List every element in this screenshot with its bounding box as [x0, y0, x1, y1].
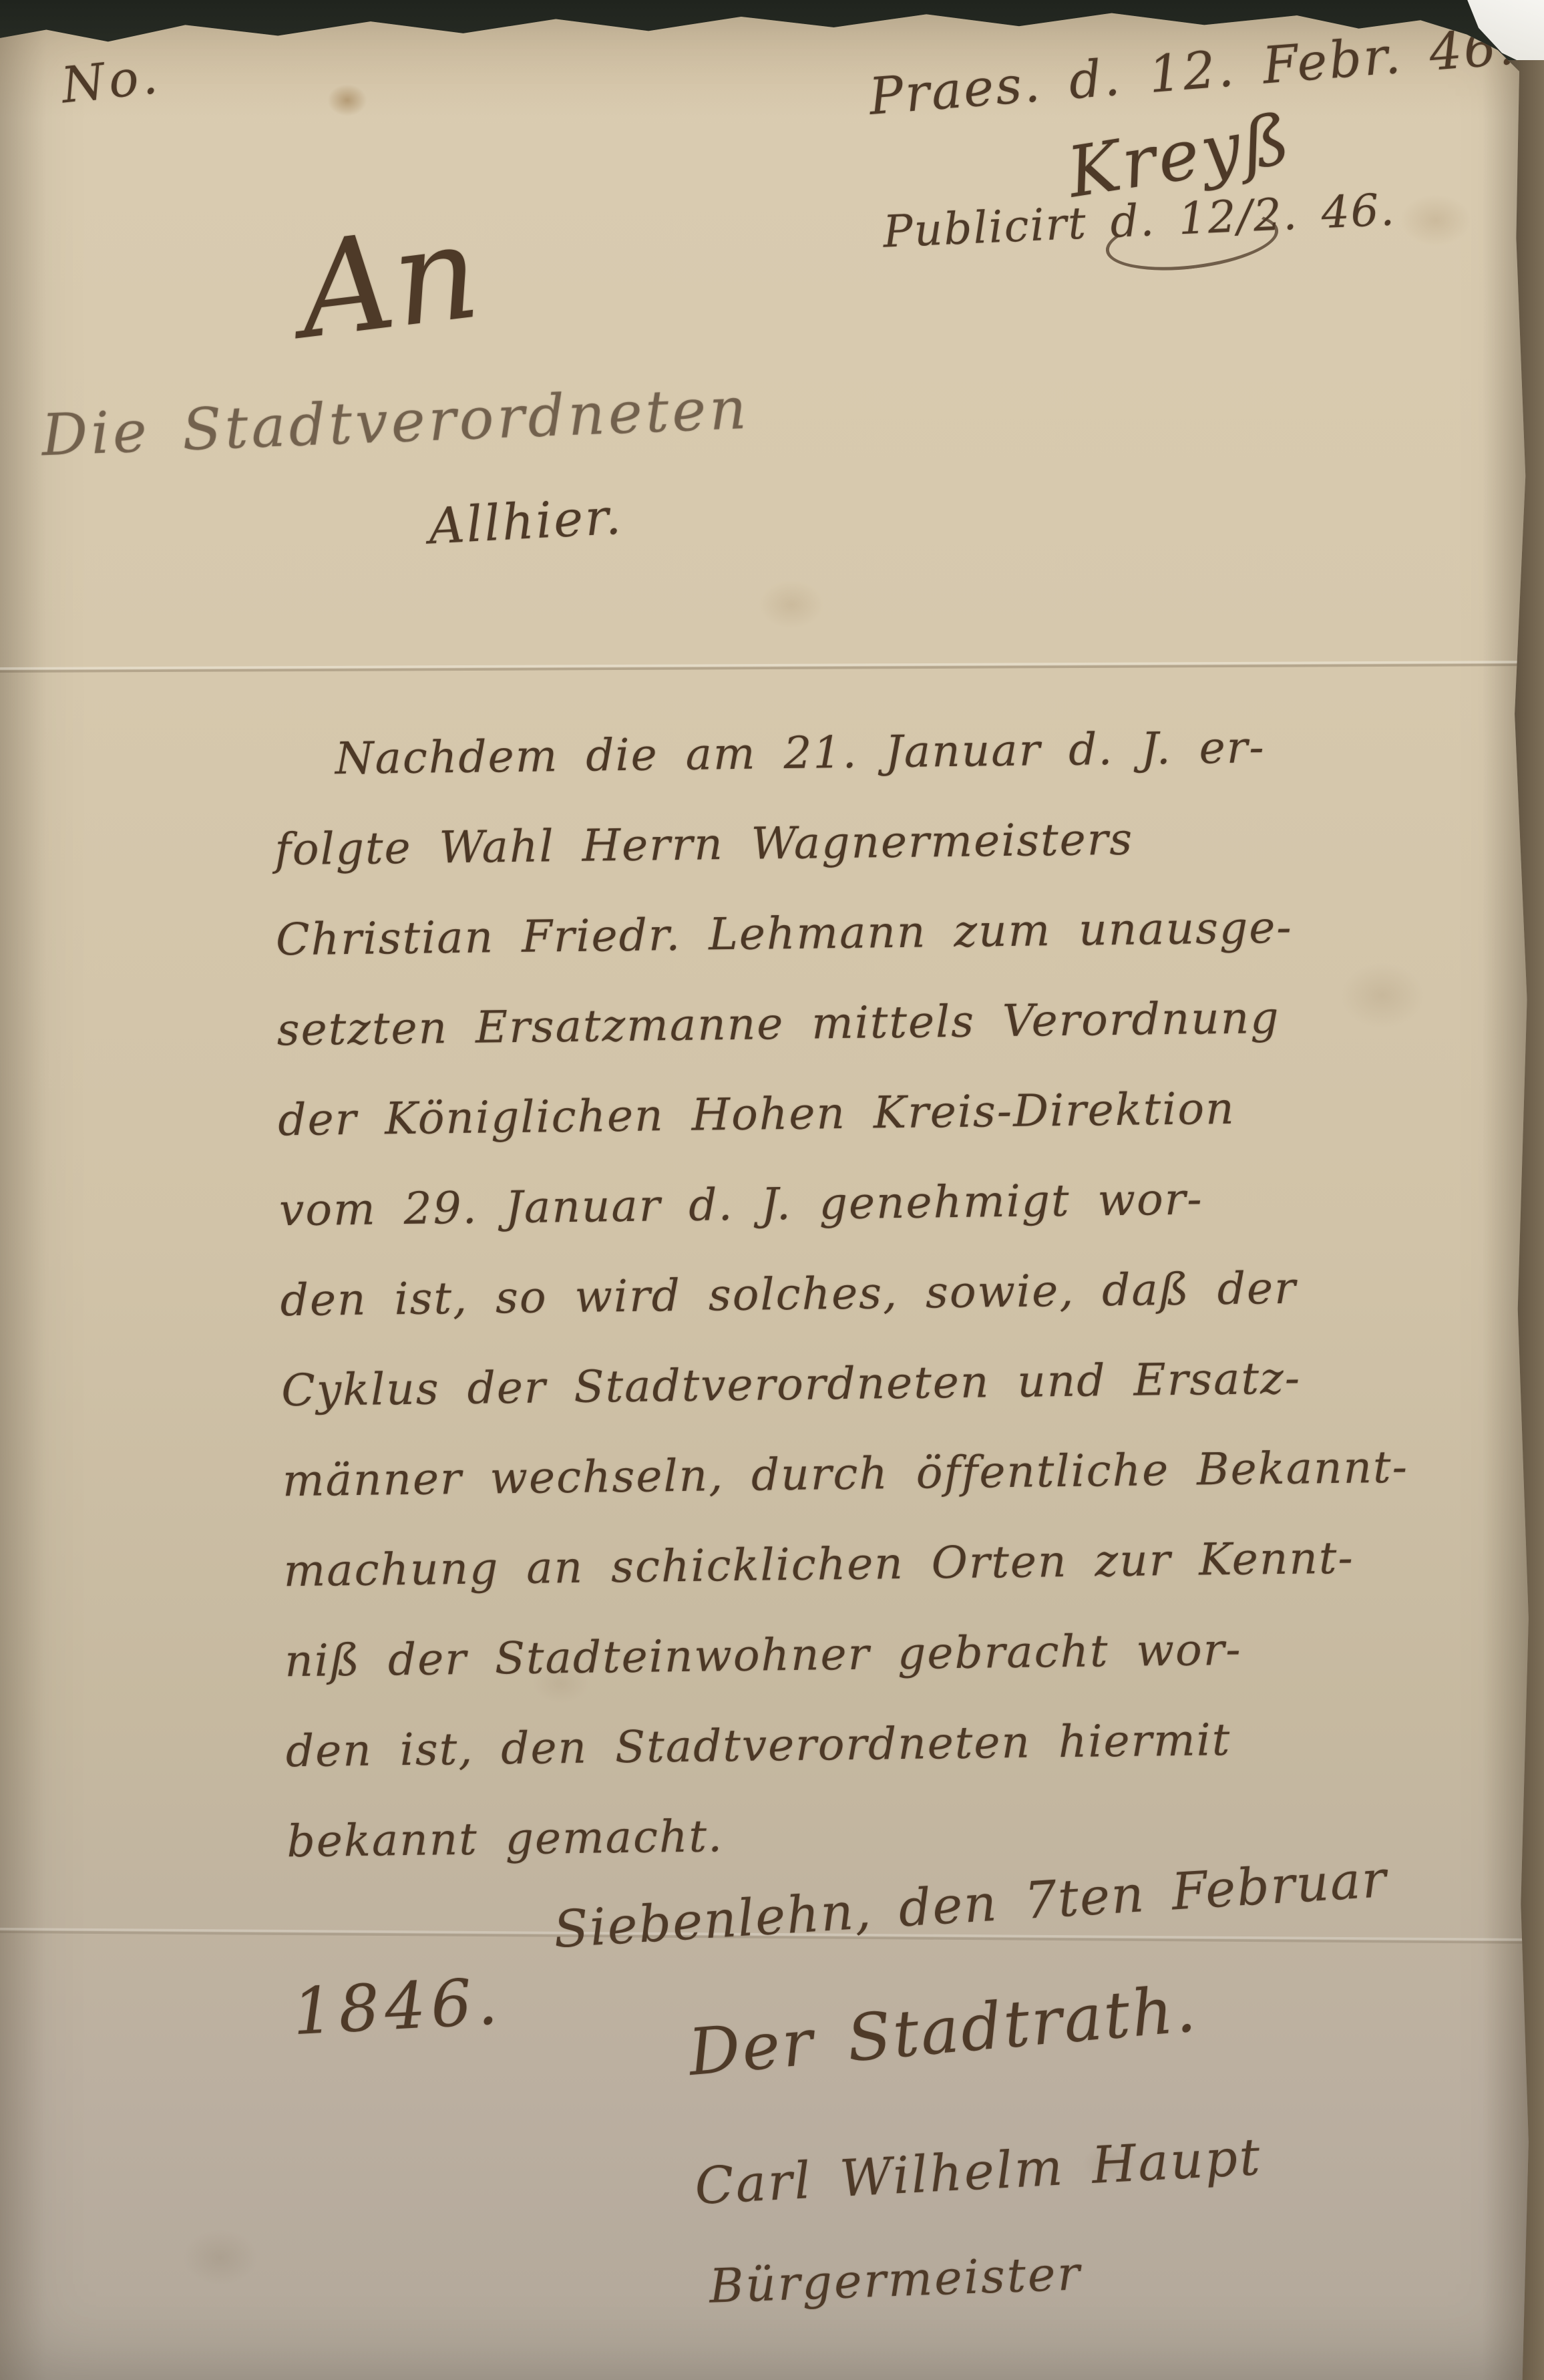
signature-title: Bürgermeister: [709, 2246, 1083, 2313]
body-line: männer wechseln, durch öffentliche Bekan…: [282, 1441, 1409, 1546]
body-line: machung an schicklichen Orten zur Kennt-: [283, 1532, 1410, 1636]
body-line: den ist, so wird solches, sowie, daß der: [280, 1261, 1406, 1365]
closing-year: 1846.: [291, 1964, 504, 2049]
body-line: Nachdem die am 21. Januar d. J. er-: [273, 720, 1400, 824]
salutation-initial: An: [291, 196, 487, 369]
letter-body: Nachdem die am 21. Januar d. J. er- folg…: [273, 720, 1413, 1906]
location-line: Allhier.: [427, 488, 624, 555]
sender-line: Der Stadtrath.: [686, 1971, 1201, 2090]
body-line: niß der Stadteinwohner gebracht wor-: [284, 1622, 1411, 1726]
body-line: Cyklus der Stadtverordneten und Ersatz-: [281, 1351, 1408, 1456]
body-line: vom 29. Januar d. J. genehmigt wor-: [279, 1171, 1406, 1275]
letter-paper: No. Praes. d. 12. Febr. 46. Kreyß Public…: [0, 0, 1544, 2380]
recipient-line: Die Stadtverordneten: [40, 375, 751, 470]
signature-name: Carl Wilhelm Haupt: [693, 2127, 1263, 2216]
body-line: der Königlichen Hohen Kreis-Direktion: [278, 1081, 1404, 1185]
body-line: folgte Wahl Herrn Wagnermeisters: [274, 810, 1401, 914]
body-line: setzten Ersatzmanne mittels Verordnung: [276, 991, 1403, 1095]
body-line: den ist, den Stadtverordneten hiermit: [285, 1712, 1412, 1816]
body-line: Christian Friedr. Lehmann zum unausge-: [276, 900, 1402, 1005]
corner-number-mark: No.: [59, 47, 164, 114]
fold-crease-upper: [0, 661, 1544, 673]
received-note: Praes. d. 12. Febr. 46.: [867, 16, 1518, 126]
